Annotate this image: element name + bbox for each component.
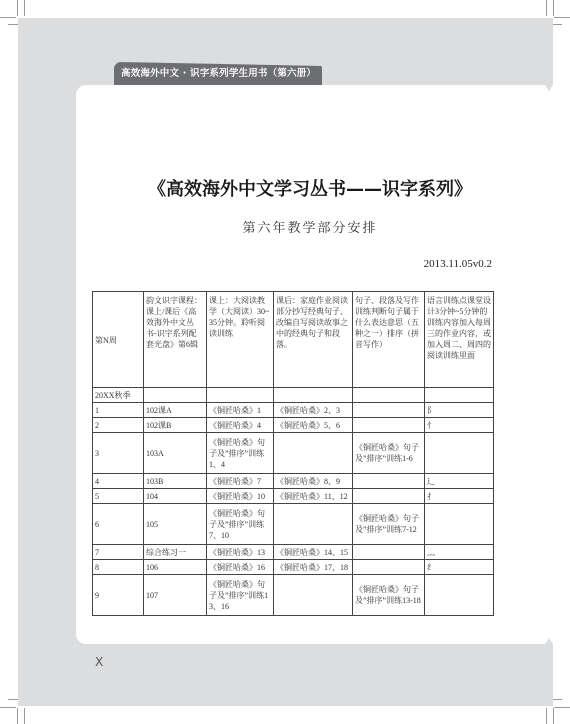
writing-cell: [353, 560, 425, 575]
in-class-cell: 《铜匠哈桑》4: [207, 418, 274, 433]
language-cell: 扌: [425, 489, 494, 504]
crop-mark: [24, 0, 25, 16]
week-cell: 3: [93, 433, 144, 474]
homework-cell: [274, 433, 353, 474]
week-cell: 6: [93, 504, 144, 545]
table-row: 8 106 《铜匠哈桑》16 《铜匠哈桑》17、18 纟: [93, 560, 494, 575]
crop-mark: [554, 17, 570, 18]
table-row: 7 综合练习一 《铜匠哈桑》13 《铜匠哈桑》14、15 灬: [93, 545, 494, 560]
column-header-writing: 句子、段落及写作训练判断句子属于什么表达意思（五种之一）排序（拼音写作）: [353, 292, 425, 388]
week-cell: 7: [93, 545, 144, 560]
column-header-homework: 课后：家庭作业阅读部分抄写经典句子、改编自写阅读故事之中的经典句子和段落。: [274, 292, 353, 388]
document-subtitle: 第六年教学部分安排: [100, 217, 520, 236]
week-cell: 1: [93, 403, 144, 418]
table-header-row: 第N周 韵文识字课程：课上/课后《高效海外中文丛书-识字系列配套光盘》第6辑 课…: [93, 292, 494, 388]
writing-cell: [353, 489, 425, 504]
lesson-cell: 107: [144, 575, 207, 616]
table-row: 6 105 《铜匠哈桑》句子及”排序”训练7、10 《铜匠哈桑》句子及”排序”训…: [93, 504, 494, 545]
lesson-cell: 102课A: [144, 403, 207, 418]
language-cell: 灬: [425, 545, 494, 560]
crop-mark: [17, 0, 18, 16]
schedule-table: 第N周 韵文识字课程：课上/课后《高效海外中文丛书-识字系列配套光盘》第6辑 课…: [92, 291, 494, 616]
in-class-cell: 《铜匠哈桑》7: [207, 474, 274, 489]
in-class-cell: 《铜匠哈桑》句子及”排序”训练13、16: [207, 575, 274, 616]
language-cell: [425, 504, 494, 545]
language-cell: 辶: [425, 474, 494, 489]
week-cell: 2: [93, 418, 144, 433]
crop-mark: [0, 707, 16, 708]
homework-cell: 《铜匠哈桑》17、18: [274, 560, 353, 575]
document-title: 《高效海外中文学习丛书——识字系列》: [100, 175, 520, 201]
card-notch: [545, 85, 553, 91]
writing-cell: [353, 474, 425, 489]
homework-cell: 《铜匠哈桑》2、3: [274, 403, 353, 418]
writing-cell: [353, 545, 425, 560]
language-cell: 忄: [425, 418, 494, 433]
table-row: 4 103B 《铜匠哈桑》7 《铜匠哈桑》8、9 辶: [93, 474, 494, 489]
week-cell: 4: [93, 474, 144, 489]
lesson-cell: 103B: [144, 474, 207, 489]
column-header-language: 语言训练点课堂设计3分钟~5分钟的训练内容加入每周三的作业内容，或加入周二、周四…: [425, 292, 494, 388]
table-row: 2 102课B 《铜匠哈桑》4 《铜匠哈桑》5、6 忄: [93, 418, 494, 433]
lesson-cell: 106: [144, 560, 207, 575]
writing-cell: 《铜匠哈桑》句子及”排序”训练1-6: [353, 433, 425, 474]
in-class-cell: 《铜匠哈桑》句子及”排序”训练1、4: [207, 433, 274, 474]
lesson-cell: 综合练习一: [144, 545, 207, 560]
crop-mark: [24, 708, 25, 724]
page-number: X: [95, 655, 103, 669]
writing-cell: 《铜匠哈桑》句子及”排序”训练7-12: [353, 504, 425, 545]
in-class-cell: 《铜匠哈桑》10: [207, 489, 274, 504]
homework-cell: [274, 504, 353, 545]
table-row: 5 104 《铜匠哈桑》10 《铜匠哈桑》11、12 扌: [93, 489, 494, 504]
homework-cell: 《铜匠哈桑》14、15: [274, 545, 353, 560]
section-row: 20XX秋季: [93, 388, 494, 403]
language-cell: [425, 433, 494, 474]
homework-cell: 《铜匠哈桑》5、6: [274, 418, 353, 433]
lesson-cell: 105: [144, 504, 207, 545]
homework-cell: 《铜匠哈桑》11、12: [274, 489, 353, 504]
crop-mark: [546, 708, 547, 724]
week-cell: 9: [93, 575, 144, 616]
crop-mark: [546, 0, 547, 16]
crop-mark: [553, 0, 554, 16]
lesson-cell: 102课B: [144, 418, 207, 433]
version-label: 2013.11.05v0.2: [380, 258, 492, 270]
column-header-week: 第N周: [93, 292, 144, 388]
crop-mark: [553, 708, 554, 724]
crop-mark: [17, 708, 18, 724]
homework-cell: [274, 575, 353, 616]
lesson-cell: 103A: [144, 433, 207, 474]
in-class-cell: 《铜匠哈桑》句子及”排序”训练7、10: [207, 504, 274, 545]
header-tab-label: 高效海外中文 · 识字系列学生用书（第六册）: [121, 66, 321, 82]
week-cell: 8: [93, 560, 144, 575]
table-row: 1 102课A 《铜匠哈桑》1 《铜匠哈桑》2、3 阝: [93, 403, 494, 418]
writing-cell: 《铜匠哈桑》句子及”排序”训练13-18: [353, 575, 425, 616]
lesson-cell: 104: [144, 489, 207, 504]
week-cell: 5: [93, 489, 144, 504]
table-row: 9 107 《铜匠哈桑》句子及”排序”训练13、16 《铜匠哈桑》句子及”排序”…: [93, 575, 494, 616]
language-cell: 阝: [425, 403, 494, 418]
table-row: 3 103A 《铜匠哈桑》句子及”排序”训练1、4 《铜匠哈桑》句子及”排序”训…: [93, 433, 494, 474]
language-cell: 纟: [425, 560, 494, 575]
language-cell: [425, 575, 494, 616]
column-header-in-class: 课上：大阅读教学（大阅读）30~35分钟。聆听阅读训练: [207, 292, 274, 388]
section-label: 20XX秋季: [93, 388, 144, 403]
writing-cell: [353, 418, 425, 433]
in-class-cell: 《铜匠哈桑》16: [207, 560, 274, 575]
writing-cell: [353, 403, 425, 418]
crop-mark: [554, 707, 570, 708]
column-header-lesson: 韵文识字课程：课上/课后《高效海外中文丛书-识字系列配套光盘》第6辑: [144, 292, 207, 388]
card-notch: [545, 638, 553, 644]
homework-cell: 《铜匠哈桑》8、9: [274, 474, 353, 489]
in-class-cell: 《铜匠哈桑》1: [207, 403, 274, 418]
crop-mark: [0, 17, 16, 18]
in-class-cell: 《铜匠哈桑》13: [207, 545, 274, 560]
